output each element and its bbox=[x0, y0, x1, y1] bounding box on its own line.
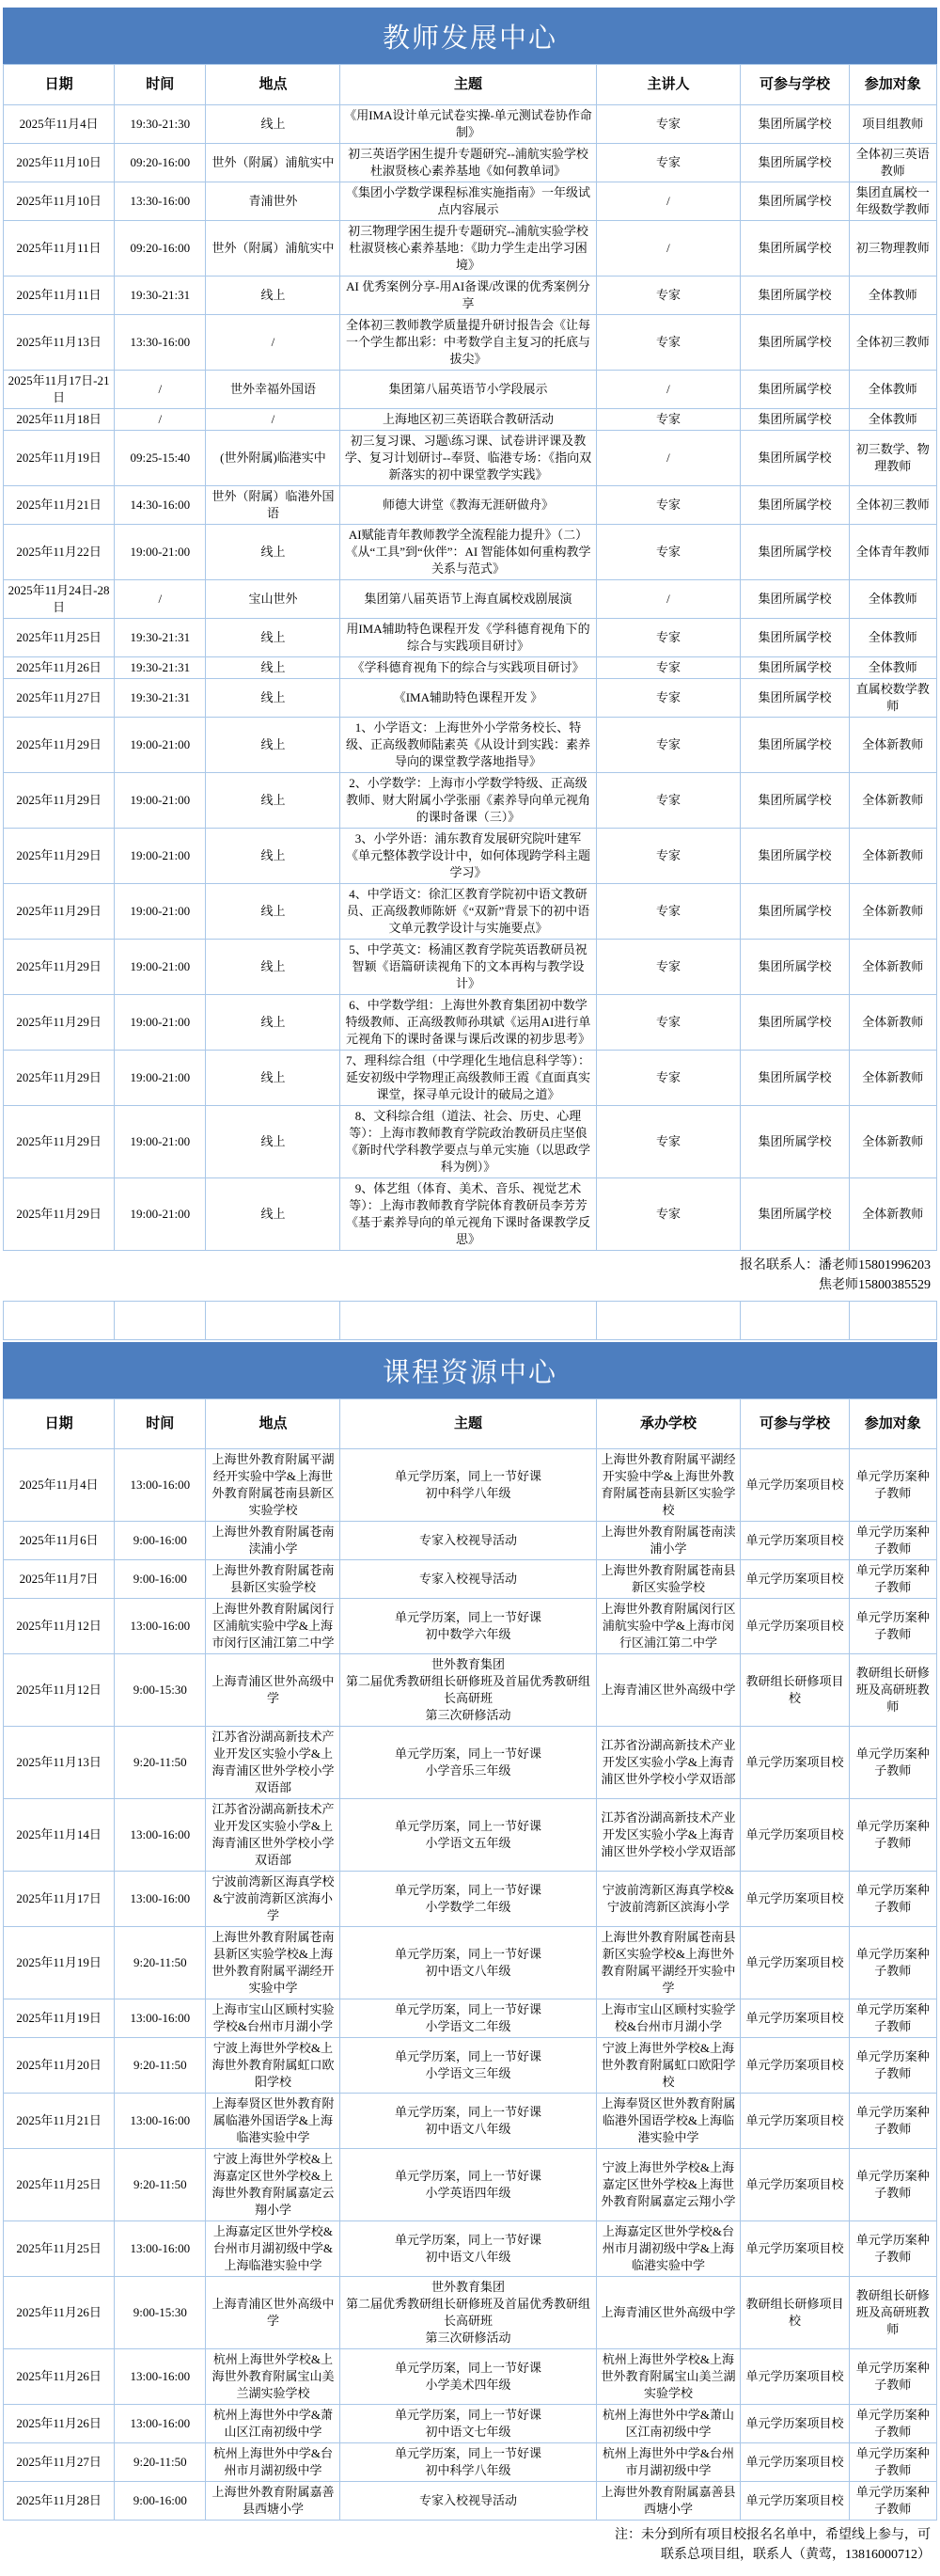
table-cell: 上海世外教育附属闵行区浦航实验中学&上海市闵行区浦江第二中学 bbox=[596, 1599, 741, 1654]
table-cell: 2025年11月29日 bbox=[4, 1051, 115, 1106]
table-cell: 全体教师 bbox=[849, 657, 936, 679]
table-cell: / bbox=[596, 580, 741, 619]
table-cell: 全体新教师 bbox=[849, 718, 936, 773]
table-row: 2025年11月24日-28日/宝山世外集团第八届英语节上海直属校戏剧展演/集团… bbox=[4, 580, 937, 619]
table-cell: 集团第八届英语节上海直属校戏剧展演 bbox=[340, 580, 596, 619]
table-row: 2025年11月29日19:00-21:00线上2、小学数学：上海市小学数学特级… bbox=[4, 773, 937, 829]
table-cell: 直属校数学教师 bbox=[849, 679, 936, 718]
table-cell: 集团所属学校 bbox=[741, 657, 849, 679]
table-cell: 上海青浦区世外高级中学 bbox=[596, 1654, 741, 1727]
table-cell: 集团所属学校 bbox=[741, 144, 849, 182]
table-cell: 全体初三教师 bbox=[849, 486, 936, 525]
table-cell: / bbox=[206, 409, 340, 431]
table-cell: 《集团小学数学课程标准实施指南》一年级试点内容展示 bbox=[340, 182, 596, 221]
table-cell: 上海世外教育附属闵行区浦航实验中学&上海市闵行区浦江第二中学 bbox=[206, 1599, 340, 1654]
table-row: 2025年11月29日19:00-21:00线上1、小学语文：上海世外小学常务校… bbox=[4, 718, 937, 773]
column-header: 时间 bbox=[115, 1399, 206, 1449]
table-cell: 9:00-16:00 bbox=[115, 1522, 206, 1560]
table-cell: 线上 bbox=[206, 1178, 340, 1251]
table-cell: 专家 bbox=[596, 619, 741, 657]
table-cell: 单元学历案项目校 bbox=[741, 1522, 849, 1560]
table-cell: 13:00-16:00 bbox=[115, 2349, 206, 2405]
table-cell: 单元学历案项目校 bbox=[741, 2482, 849, 2521]
table-cell: 全体新教师 bbox=[849, 1178, 936, 1251]
table1-header-row: 日期时间地点主题主讲人可参与学校参加对象 bbox=[4, 65, 937, 105]
table-cell: 世外（附属）浦航实中 bbox=[206, 144, 340, 182]
table-cell: 全体初三教师教学质量提升研讨报告会《让每一个学生都出彩：中考数学自主复习的托底与… bbox=[340, 315, 596, 371]
table-cell: 19:00-21:00 bbox=[115, 1178, 206, 1251]
table-row: 2025年11月22日19:00-21:00线上AI赋能青年教师教学全流程能力提… bbox=[4, 525, 937, 580]
table2-header-row: 日期时间地点主题承办学校可参与学校参加对象 bbox=[4, 1399, 937, 1449]
table-cell: 专家入校视导活动 bbox=[340, 2482, 596, 2521]
table-cell: 13:00-16:00 bbox=[115, 1872, 206, 1927]
table-cell: 杭州上海世外学校&上海世外教育附属宝山美兰湖实验学校 bbox=[206, 2349, 340, 2405]
table-cell: 单元学历案项目校 bbox=[741, 1727, 849, 1799]
schedule-page: 教师发展中心 日期时间地点主题主讲人可参与学校参加对象 2025年11月4日19… bbox=[0, 0, 940, 2576]
table-cell: 线上 bbox=[206, 619, 340, 657]
table-cell: 线上 bbox=[206, 829, 340, 884]
table-cell: 全体青年教师 bbox=[849, 525, 936, 580]
table-row: 2025年11月17日13:00-16:00宁波前湾新区海真学校&宁波前湾新区滨… bbox=[4, 1872, 937, 1927]
table-cell: 单元学历案，同上一节好课 初中语文八年级 bbox=[340, 2221, 596, 2277]
table-cell: 2025年11月12日 bbox=[4, 1654, 115, 1727]
table-cell: 2025年11月14日 bbox=[4, 1799, 115, 1872]
column-header: 可参与学校 bbox=[741, 1399, 849, 1449]
table-cell: 集团所属学校 bbox=[741, 773, 849, 829]
table-row: 2025年11月27日19:30-21:31线上《IMA辅助特色课程开发 》专家… bbox=[4, 679, 937, 718]
table-cell: 13:00-16:00 bbox=[115, 1449, 206, 1522]
table-cell: 杭州上海世外中学&萧山区江南初级中学 bbox=[596, 2405, 741, 2443]
table-cell: / bbox=[596, 371, 741, 409]
table1-contact-note: 报名联系人：潘老师15801996203 焦老师15800385529 bbox=[3, 1251, 937, 1301]
table-cell: 全体教师 bbox=[849, 619, 936, 657]
table-cell: 专家 bbox=[596, 679, 741, 718]
column-header-row: 日期时间地点主题承办学校可参与学校参加对象 bbox=[4, 1399, 937, 1449]
table-cell: 13:00-16:00 bbox=[115, 1599, 206, 1654]
table-cell: 19:30-21:30 bbox=[115, 105, 206, 144]
separator-empty-row-table bbox=[3, 1301, 937, 1340]
table-cell: 14:30-16:00 bbox=[115, 486, 206, 525]
table-cell: 单元学历案，同上一节好课 小学数学二年级 bbox=[340, 1872, 596, 1927]
table-cell: / bbox=[596, 221, 741, 277]
table-cell: 青浦世外 bbox=[206, 182, 340, 221]
table-cell: 上海世外教育附属苍南渎浦小学 bbox=[206, 1522, 340, 1560]
table-row: 2025年11月18日//上海地区初三英语联合教研活动专家集团所属学校全体教师 bbox=[4, 409, 937, 431]
table-cell: 集团所属学校 bbox=[741, 679, 849, 718]
table-cell: 集团直属校一年级数学教师 bbox=[849, 182, 936, 221]
table-cell: 单元学历案种子教师 bbox=[849, 1449, 936, 1522]
table-cell: 2025年11月29日 bbox=[4, 718, 115, 773]
table-cell: 项目组教师 bbox=[849, 105, 936, 144]
table-cell: 单元学历案种子教师 bbox=[849, 2221, 936, 2277]
table-row: 2025年11月21日13:00-16:00上海奉贤区世外教育附属临港外国语学&… bbox=[4, 2094, 937, 2149]
table-cell: 9:00-16:00 bbox=[115, 1560, 206, 1599]
table-row: 2025年11月26日13:00-16:00杭州上海世外中学&萧山区江南初级中学… bbox=[4, 2405, 937, 2443]
table-row: 2025年11月26日13:00-16:00杭州上海世外学校&上海世外教育附属宝… bbox=[4, 2349, 937, 2405]
table-cell: 集团所属学校 bbox=[741, 315, 849, 371]
table-cell: 全体初三英语教师 bbox=[849, 144, 936, 182]
table1-body: 2025年11月4日19:30-21:30线上《用IMA设计单元试卷实操-单元测… bbox=[4, 105, 937, 1251]
table-cell: 2025年11月21日 bbox=[4, 2094, 115, 2149]
table-cell: 9:20-11:50 bbox=[115, 1927, 206, 1999]
table-row: 2025年11月12日13:00-16:00上海世外教育附属闵行区浦航实验中学&… bbox=[4, 1599, 937, 1654]
column-header: 日期 bbox=[4, 1399, 115, 1449]
table1-title: 教师发展中心 bbox=[383, 17, 557, 55]
table-cell: / bbox=[115, 580, 206, 619]
table-cell: 9:00-16:00 bbox=[115, 2482, 206, 2521]
table-row: 2025年11月25日13:00-16:00上海嘉定区世外学校&台州市月湖初级中… bbox=[4, 2221, 937, 2277]
table-cell: 2025年11月11日 bbox=[4, 277, 115, 315]
table-cell: 2025年11月25日 bbox=[4, 2221, 115, 2277]
table-row: 2025年11月6日9:00-16:00上海世外教育附属苍南渎浦小学专家入校视导… bbox=[4, 1522, 937, 1560]
table-cell: 19:00-21:00 bbox=[115, 773, 206, 829]
column-header: 承办学校 bbox=[596, 1399, 741, 1449]
table-cell: 单元学历案种子教师 bbox=[849, 2094, 936, 2149]
table-row: 2025年11月11日09:20-16:00世外（附属）浦航实中初三物理学困生提… bbox=[4, 221, 937, 277]
table-cell: 世外幸福外国语 bbox=[206, 371, 340, 409]
table-cell: 2025年11月29日 bbox=[4, 1178, 115, 1251]
table-cell: 专家 bbox=[596, 486, 741, 525]
table-cell: 集团所属学校 bbox=[741, 221, 849, 277]
column-header: 参加对象 bbox=[849, 65, 936, 105]
table-cell: 2025年11月29日 bbox=[4, 995, 115, 1051]
table-cell: 2025年11月27日 bbox=[4, 679, 115, 718]
table-cell: / bbox=[206, 315, 340, 371]
table-cell: 单元学历案，同上一节好课 初中语文八年级 bbox=[340, 2094, 596, 2149]
column-header: 时间 bbox=[115, 65, 206, 105]
table-row: 2025年11月29日19:00-21:00线上6、中学数学组：上海世外教育集团… bbox=[4, 995, 937, 1051]
table1-title-band: 教师发展中心 bbox=[3, 8, 937, 64]
table-cell: 8、文科综合组（道法、社会、历史、心理等）：上海市教师教育学院政治教研员庄坚俍《… bbox=[340, 1106, 596, 1178]
table-cell: 专家 bbox=[596, 105, 741, 144]
table-cell: / bbox=[596, 431, 741, 486]
table-cell: 2025年11月29日 bbox=[4, 884, 115, 940]
table-cell: 集团所属学校 bbox=[741, 1178, 849, 1251]
table-cell: 专家 bbox=[596, 773, 741, 829]
table-row: 2025年11月29日19:00-21:00线上7、理科综合组（中学理化生地信息… bbox=[4, 1051, 937, 1106]
table-cell: 全体新教师 bbox=[849, 829, 936, 884]
table-cell: 2025年11月26日 bbox=[4, 657, 115, 679]
table-cell: 上海世外教育附属嘉善县西塘小学 bbox=[596, 2482, 741, 2521]
table-cell: 上海世外教育附属苍南渎浦小学 bbox=[596, 1522, 741, 1560]
table-cell: 2025年11月7日 bbox=[4, 1560, 115, 1599]
table-cell: 上海青浦区世外高级中学 bbox=[596, 2277, 741, 2349]
table-cell: 9:20-11:50 bbox=[115, 1727, 206, 1799]
table-cell: 9:00-15:30 bbox=[115, 1654, 206, 1727]
table-cell: 单元学历案种子教师 bbox=[849, 1799, 936, 1872]
table-cell: 2025年11月18日 bbox=[4, 409, 115, 431]
table-cell: 世外（附属）浦航实中 bbox=[206, 221, 340, 277]
table-cell: 初三物理教师 bbox=[849, 221, 936, 277]
table-cell: 上海奉贤区世外教育附属临港外国语学&上海临港实验中学 bbox=[206, 2094, 340, 2149]
table-cell: 1、小学语文：上海世外小学常务校长、特级、正高级教师陆素英《从设计到实践：素养导… bbox=[340, 718, 596, 773]
table-cell: 13:30-16:00 bbox=[115, 315, 206, 371]
table-cell: 单元学历案种子教师 bbox=[849, 2443, 936, 2482]
table-cell: 线上 bbox=[206, 995, 340, 1051]
table-cell: 19:00-21:00 bbox=[115, 525, 206, 580]
table-cell: 2025年11月13日 bbox=[4, 315, 115, 371]
table-cell: 4、中学语文：徐汇区教育学院初中语文教研员、正高级教师陈妍《“双新”背景下的初中… bbox=[340, 884, 596, 940]
table-cell: 线上 bbox=[206, 105, 340, 144]
table-cell: 单元学历案项目校 bbox=[741, 1872, 849, 1927]
table-cell: 09:25-15:40 bbox=[115, 431, 206, 486]
table-cell: 初三英语学困生提升专题研究--浦航实验学校杜淑贤核心素养基地《如何教单词》 bbox=[340, 144, 596, 182]
table-cell: 2025年11月21日 bbox=[4, 486, 115, 525]
table-cell: 3、小学外语：浦东教育发展研究院叶建军《单元整体教学设计中，如何体现跨学科主题学… bbox=[340, 829, 596, 884]
table-cell: 专家入校视导活动 bbox=[340, 1522, 596, 1560]
table-cell: 2025年11月17日-21日 bbox=[4, 371, 115, 409]
table-cell: 2025年11月28日 bbox=[4, 2482, 115, 2521]
table-cell: 2025年11月12日 bbox=[4, 1599, 115, 1654]
table-cell: 2025年11月19日 bbox=[4, 431, 115, 486]
table-cell: 2025年11月11日 bbox=[4, 221, 115, 277]
table-cell: 专家 bbox=[596, 144, 741, 182]
table-cell: 初三数学、物理教师 bbox=[849, 431, 936, 486]
table-cell: 宁波上海世外学校&上海世外教育附属虹口欧阳学校 bbox=[206, 2038, 340, 2094]
table-cell: 09:20-16:00 bbox=[115, 144, 206, 182]
table-cell: 上海世外教育附属平湖经开实验中学&上海世外教育附属苍南县新区实验学校 bbox=[596, 1449, 741, 1522]
table-cell: 9:20-11:50 bbox=[115, 2149, 206, 2221]
table-cell: 上海奉贤区世外教育附属临港外国语学校&上海临港实验中学 bbox=[596, 2094, 741, 2149]
table-cell: 专家 bbox=[596, 409, 741, 431]
table-cell: / bbox=[596, 182, 741, 221]
table-cell: 上海地区初三英语联合教研活动 bbox=[340, 409, 596, 431]
table-cell: 全体新教师 bbox=[849, 773, 936, 829]
table-cell: 单元学历案项目校 bbox=[741, 2443, 849, 2482]
table-cell: 教研组长研修项目校 bbox=[741, 2277, 849, 2349]
table-cell: 初三复习课、习题\练习课、试卷讲评课及教学、复习计划研讨--奉贤、临港专场：《指… bbox=[340, 431, 596, 486]
table-row: 2025年11月26日9:00-15:30上海青浦区世外高级中学世外教育集团 第… bbox=[4, 2277, 937, 2349]
table-cell: 单元学历案种子教师 bbox=[849, 1727, 936, 1799]
table-cell: 集团所属学校 bbox=[741, 1106, 849, 1178]
table-cell: 2025年11月29日 bbox=[4, 829, 115, 884]
table-cell: 集团所属学校 bbox=[741, 1051, 849, 1106]
table-cell: 上海嘉定区世外学校&台州市月湖初级中学&上海临港实验中学 bbox=[206, 2221, 340, 2277]
table-cell: 19:00-21:00 bbox=[115, 995, 206, 1051]
table-cell: 集团所属学校 bbox=[741, 409, 849, 431]
table-row: 2025年11月25日9:20-11:50宁波上海世外学校&上海嘉定区世外学校&… bbox=[4, 2149, 937, 2221]
table-cell: 2、小学数学：上海市小学数学特级、正高级教师、财大附属小学张丽《素养导向单元视角… bbox=[340, 773, 596, 829]
table-row: 2025年11月14日13:00-16:00江苏省汾湖高新技术产业开发区实验小学… bbox=[4, 1799, 937, 1872]
table-cell: 2025年11月26日 bbox=[4, 2405, 115, 2443]
table-cell: 集团所属学校 bbox=[741, 525, 849, 580]
table-cell: 2025年11月13日 bbox=[4, 1727, 115, 1799]
table-cell: 单元学历案种子教师 bbox=[849, 1872, 936, 1927]
table-cell: 单元学历案，同上一节好课 小学音乐三年级 bbox=[340, 1727, 596, 1799]
table-cell: 线上 bbox=[206, 679, 340, 718]
table-cell: 单元学历案项目校 bbox=[741, 1599, 849, 1654]
table-cell: 专家 bbox=[596, 829, 741, 884]
table-cell: 专家 bbox=[596, 1178, 741, 1251]
table-cell: 宁波上海世外学校&上海嘉定区世外学校&上海世外教育附属嘉定云翔小学 bbox=[596, 2149, 741, 2221]
table-cell: 专家入校视导活动 bbox=[340, 1560, 596, 1599]
table-cell: 2025年11月29日 bbox=[4, 773, 115, 829]
table-cell: 2025年11月26日 bbox=[4, 2277, 115, 2349]
table-cell: 专家 bbox=[596, 884, 741, 940]
table-cell: 19:00-21:00 bbox=[115, 829, 206, 884]
table-cell: 单元学历案，同上一节好课 初中语文七年级 bbox=[340, 2405, 596, 2443]
table-cell: 2025年11月27日 bbox=[4, 2443, 115, 2482]
table-cell: 全体新教师 bbox=[849, 1051, 936, 1106]
table-row: 2025年11月10日13:30-16:00青浦世外《集团小学数学课程标准实施指… bbox=[4, 182, 937, 221]
table-cell: 2025年11月10日 bbox=[4, 182, 115, 221]
column-header: 主题 bbox=[340, 65, 596, 105]
table-cell: 江苏省汾湖高新技术产业开发区实验小学&上海青浦区世外学校小学双语部 bbox=[206, 1799, 340, 1872]
table-cell: 全体教师 bbox=[849, 277, 936, 315]
table-cell: 2025年11月22日 bbox=[4, 525, 115, 580]
table-cell: 上海世外教育附属嘉善县西塘小学 bbox=[206, 2482, 340, 2521]
table-row: 2025年11月4日19:30-21:30线上《用IMA设计单元试卷实操-单元测… bbox=[4, 105, 937, 144]
table-cell: 杭州上海世外学校&上海世外教育附属宝山美兰湖实验学校 bbox=[596, 2349, 741, 2405]
empty-row bbox=[4, 1302, 937, 1340]
table-cell: 2025年11月29日 bbox=[4, 1106, 115, 1178]
table-cell: 2025年11月26日 bbox=[4, 2349, 115, 2405]
table-cell: 19:30-21:31 bbox=[115, 679, 206, 718]
table-cell: 集团第八届英语节小学段展示 bbox=[340, 371, 596, 409]
table-cell: 9、体艺组（体育、美术、音乐、视觉艺术等）：上海市教师教育学院体育教研员李芳芳《… bbox=[340, 1178, 596, 1251]
table-cell: 江苏省汾湖高新技术产业开发区实验小学&上海青浦区世外学校小学双语部 bbox=[596, 1799, 741, 1872]
table-cell: 线上 bbox=[206, 1051, 340, 1106]
table-cell: 线上 bbox=[206, 718, 340, 773]
table-cell: AI赋能青年教师教学全流程能力提升》（二）《从“工具”到“伙伴”：AI 智能体如… bbox=[340, 525, 596, 580]
table-cell: 单元学历案项目校 bbox=[741, 1449, 849, 1522]
table-cell: 杭州上海世外中学&台州市月湖初级中学 bbox=[206, 2443, 340, 2482]
table-cell: 《用IMA设计单元试卷实操-单元测试卷协作命制》 bbox=[340, 105, 596, 144]
table-cell: 宁波前湾新区海真学校&宁波前湾新区滨海小学 bbox=[596, 1872, 741, 1927]
table-cell: 集团所属学校 bbox=[741, 829, 849, 884]
table-row: 2025年11月11日19:30-21:31线上AI 优秀案例分享-用AI备课/… bbox=[4, 277, 937, 315]
table-cell: 集团所属学校 bbox=[741, 995, 849, 1051]
table-cell: 19:30-21:31 bbox=[115, 657, 206, 679]
table-cell: 杭州上海世外中学&台州市月湖初级中学 bbox=[596, 2443, 741, 2482]
table-cell: 全体新教师 bbox=[849, 1106, 936, 1178]
table-cell: 单元学历案项目校 bbox=[741, 1927, 849, 1999]
table-cell: 单元学历案，同上一节好课 初中数学六年级 bbox=[340, 1599, 596, 1654]
table-row: 2025年11月27日9:20-11:50杭州上海世外中学&台州市月湖初级中学单… bbox=[4, 2443, 937, 2482]
table-cell: 单元学历案，同上一节好课 小学英语四年级 bbox=[340, 2149, 596, 2221]
table-row: 2025年11月10日09:20-16:00世外（附属）浦航实中初三英语学困生提… bbox=[4, 144, 937, 182]
table-cell: 宁波上海世外学校&上海嘉定区世外学校&上海世外教育附属嘉定云翔小学 bbox=[206, 2149, 340, 2221]
table2-title: 课程资源中心 bbox=[383, 1351, 557, 1390]
table-cell: 上海市宝山区顾村实验学校&台州市月湖小学 bbox=[596, 1999, 741, 2038]
table-cell: 9:20-11:50 bbox=[115, 2443, 206, 2482]
table-cell: 教研组长研修班及高研班教师 bbox=[849, 2277, 936, 2349]
table-cell: 全体新教师 bbox=[849, 940, 936, 995]
table-cell: 全体教师 bbox=[849, 409, 936, 431]
table-cell: 单元学历案，同上一节好课 小学语文二年级 bbox=[340, 1999, 596, 2038]
table-cell: 单元学历案项目校 bbox=[741, 2038, 849, 2094]
table-cell: 宁波前湾新区海真学校&宁波前湾新区滨海小学 bbox=[206, 1872, 340, 1927]
table-cell: 13:00-16:00 bbox=[115, 2221, 206, 2277]
table-cell: 集团所属学校 bbox=[741, 619, 849, 657]
table-cell: 全体初三教师 bbox=[849, 315, 936, 371]
table-cell: 单元学历案种子教师 bbox=[849, 1927, 936, 1999]
table-cell: 线上 bbox=[206, 657, 340, 679]
table-cell: / bbox=[115, 371, 206, 409]
table-row: 2025年11月13日13:30-16:00/全体初三教师教学质量提升研讨报告会… bbox=[4, 315, 937, 371]
table-cell: 单元学历案，同上一节好课 小学语文五年级 bbox=[340, 1799, 596, 1872]
table-cell: 集团所属学校 bbox=[741, 105, 849, 144]
table-cell: 13:30-16:00 bbox=[115, 182, 206, 221]
table-cell: 线上 bbox=[206, 773, 340, 829]
course-resource-table: 日期时间地点主题承办学校可参与学校参加对象 2025年11月4日13:00-16… bbox=[3, 1399, 937, 2521]
table-cell: 《IMA辅助特色课程开发 》 bbox=[340, 679, 596, 718]
table-cell: 上海世外教育附属苍南县新区实验学校 bbox=[206, 1560, 340, 1599]
table-cell: 集团所属学校 bbox=[741, 884, 849, 940]
table-cell: 2025年11月29日 bbox=[4, 940, 115, 995]
table-cell: 线上 bbox=[206, 525, 340, 580]
table-cell: 上海世外教育附属苍南县新区实验学校 bbox=[596, 1560, 741, 1599]
table-cell: 上海市宝山区顾村实验学校&台州市月湖小学 bbox=[206, 1999, 340, 2038]
table-cell: 19:00-21:00 bbox=[115, 718, 206, 773]
table-cell: 单元学历案种子教师 bbox=[849, 1599, 936, 1654]
table-cell: 单元学历案项目校 bbox=[741, 2094, 849, 2149]
table-cell: 单元学历案种子教师 bbox=[849, 1522, 936, 1560]
table-row: 2025年11月17日-21日/世外幸福外国语集团第八届英语节小学段展示/集团所… bbox=[4, 371, 937, 409]
table-cell: AI 优秀案例分享-用AI备课/改课的优秀案例分享 bbox=[340, 277, 596, 315]
table-row: 2025年11月7日9:00-16:00上海世外教育附属苍南县新区实验学校专家入… bbox=[4, 1560, 937, 1599]
table-cell: 集团所属学校 bbox=[741, 371, 849, 409]
table-row: 2025年11月26日19:30-21:31线上《学科德育视角下的综合与实践项目… bbox=[4, 657, 937, 679]
column-header: 地点 bbox=[206, 1399, 340, 1449]
table2-title-band: 课程资源中心 bbox=[3, 1342, 937, 1399]
table-cell: 线上 bbox=[206, 277, 340, 315]
table-cell: 2025年11月20日 bbox=[4, 2038, 115, 2094]
table-cell: 集团所属学校 bbox=[741, 580, 849, 619]
table-cell: 单元学历案项目校 bbox=[741, 1799, 849, 1872]
table-cell: 初三物理学困生提升专题研究--浦航实验学校杜淑贤核心素养基地：《助力学生走出学习… bbox=[340, 221, 596, 277]
table-cell: 专家 bbox=[596, 940, 741, 995]
table-cell: 9:20-11:50 bbox=[115, 2038, 206, 2094]
table-cell: 单元学历案，同上一节好课 小学语文三年级 bbox=[340, 2038, 596, 2094]
table-cell: 13:00-16:00 bbox=[115, 2094, 206, 2149]
table-cell: 19:30-21:31 bbox=[115, 277, 206, 315]
table-cell: 上海青浦区世外高级中学 bbox=[206, 2277, 340, 2349]
table-cell: 用IMA辅助特色课程开发《学科德育视角下的综合与实践项目研讨》 bbox=[340, 619, 596, 657]
table-cell: 宁波上海世外学校&上海世外教育附属虹口欧阳学校 bbox=[596, 2038, 741, 2094]
table-row: 2025年11月28日9:00-16:00上海世外教育附属嘉善县西塘小学专家入校… bbox=[4, 2482, 937, 2521]
table-row: 2025年11月19日13:00-16:00上海市宝山区顾村实验学校&台州市月湖… bbox=[4, 1999, 937, 2038]
table-cell: 专家 bbox=[596, 277, 741, 315]
table-cell: 宝山世外 bbox=[206, 580, 340, 619]
table-cell: 2025年11月6日 bbox=[4, 1522, 115, 1560]
table-cell: 专家 bbox=[596, 657, 741, 679]
table-cell: 单元学历案，同上一节好课 初中科学八年级 bbox=[340, 2443, 596, 2482]
table-cell: 单元学历案项目校 bbox=[741, 2405, 849, 2443]
table-row: 2025年11月19日9:20-11:50上海世外教育附属苍南县新区实验学校&上… bbox=[4, 1927, 937, 1999]
table-cell: 单元学历案种子教师 bbox=[849, 2482, 936, 2521]
table-row: 2025年11月29日19:00-21:00线上9、体艺组（体育、美术、音乐、视… bbox=[4, 1178, 937, 1251]
table-cell: 单元学历案，同上一节好课 初中语文八年级 bbox=[340, 1927, 596, 1999]
table-cell: 线上 bbox=[206, 940, 340, 995]
table-cell: 9:00-15:30 bbox=[115, 2277, 206, 2349]
column-header: 主讲人 bbox=[596, 65, 741, 105]
table-cell: 世外（附属）临港外国语 bbox=[206, 486, 340, 525]
table-cell: 集团所属学校 bbox=[741, 431, 849, 486]
table-cell: 13:00-16:00 bbox=[115, 1799, 206, 1872]
table-cell: 6、中学数学组：上海世外教育集团初中数学特级教师、正高级教师孙琪斌《运用AI进行… bbox=[340, 995, 596, 1051]
table-row: 2025年11月20日9:20-11:50宁波上海世外学校&上海世外教育附属虹口… bbox=[4, 2038, 937, 2094]
table-cell: 上海世外教育附属平湖经开实验中学&上海世外教育附属苍南县新区实验学校 bbox=[206, 1449, 340, 1522]
table-row: 2025年11月29日19:00-21:00线上4、中学语文：徐汇区教育学院初中… bbox=[4, 884, 937, 940]
table-cell: 19:00-21:00 bbox=[115, 940, 206, 995]
table-cell: 线上 bbox=[206, 884, 340, 940]
table-cell: 专家 bbox=[596, 718, 741, 773]
table-cell: 2025年11月4日 bbox=[4, 1449, 115, 1522]
table-cell: 单元学历案项目校 bbox=[741, 2149, 849, 2221]
table-cell: 上海世外教育附属苍南县新区实验学校&上海世外教育附属平湖经开实验中学 bbox=[596, 1927, 741, 1999]
table-cell: 教研组长研修班及高研班教师 bbox=[849, 1654, 936, 1727]
